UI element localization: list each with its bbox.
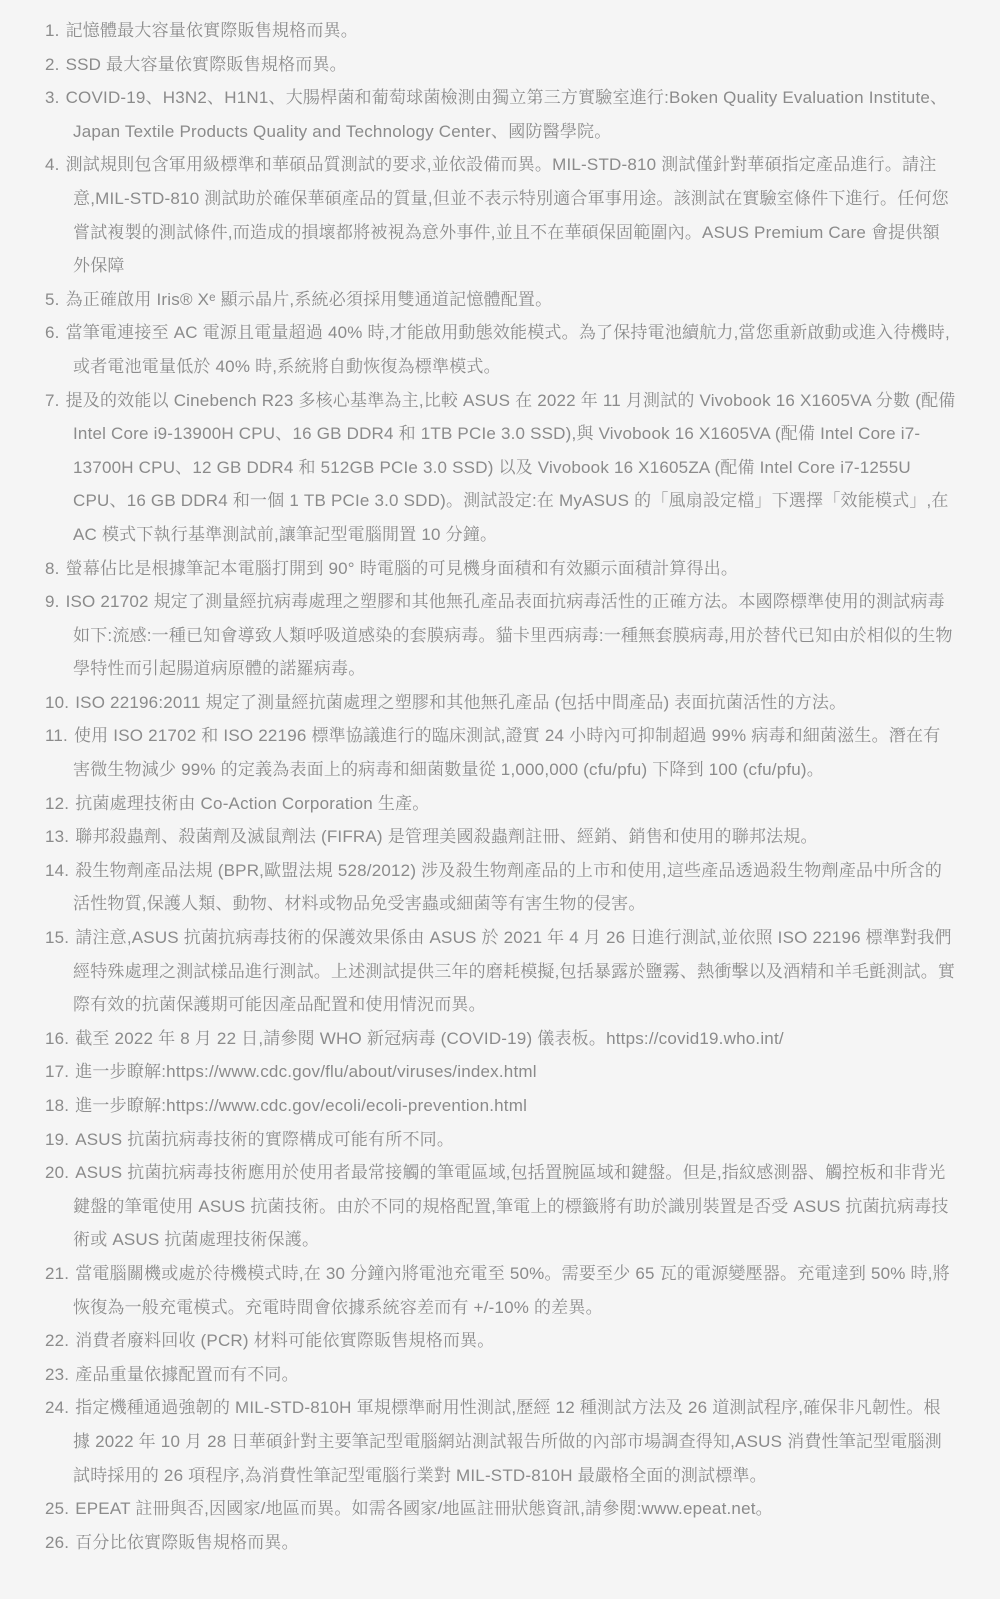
footnote-item: 4.測試規則包含軍用級標準和華碩品質測試的要求,並依設備而異。MIL-STD-8… (45, 148, 956, 282)
footnote-number: 7. (45, 391, 60, 410)
footnote-item: 17.進一步瞭解:https://www.cdc.gov/flu/about/v… (45, 1055, 956, 1089)
footnote-text: 百分比依實際販售規格而異。 (75, 1533, 299, 1552)
footnote-text: 殺生物劑產品法規 (BPR,歐盟法規 528/2012) 涉及殺生物劑產品的上市… (73, 861, 942, 914)
footnote-item: 7.提及的效能以 Cinebench R23 多核心基準為主,比較 ASUS 在… (45, 384, 956, 552)
footnote-text: 使用 ISO 21702 和 ISO 22196 標準協議進行的臨床測試,證實 … (73, 726, 940, 779)
footnote-number: 12. (45, 794, 69, 813)
footnote-item: 5.為正確啟用 Iris® Xᵉ 顯示晶片,系統必須採用雙通道記憶體配置。 (45, 283, 956, 317)
footnote-item: 15.請注意,ASUS 抗菌抗病毒技術的保護效果係由 ASUS 於 2021 年… (45, 921, 956, 1022)
footnote-number: 23. (45, 1365, 69, 1384)
footnote-item: 24.指定機種通過強韌的 MIL-STD-810H 軍規標準耐用性測試,歷經 1… (45, 1391, 956, 1492)
footnotes-page: 1.記憶體最大容量依實際販售規格而異。 2.SSD 最大容量依實際販售規格而異。… (0, 0, 1000, 1599)
footnote-text: 記憶體最大容量依實際販售規格而異。 (66, 21, 358, 40)
epeat-link[interactable]: www.epeat.net (642, 1499, 756, 1518)
footnote-item: 12.抗菌處理技術由 Co-Action Corporation 生產。 (45, 787, 956, 821)
footnote-item: 6.當筆電連接至 AC 電源且電量超過 40% 時,才能啟用動態效能模式。為了保… (45, 316, 956, 383)
footnote-number: 14. (45, 861, 69, 880)
footnote-number: 16. (45, 1029, 69, 1048)
footnote-number: 11. (45, 726, 68, 745)
footnote-number: 10. (45, 693, 69, 712)
footnote-number: 6. (45, 323, 60, 342)
footnote-text: 為正確啟用 Iris® Xᵉ 顯示晶片,系統必須採用雙通道記憶體配置。 (66, 290, 553, 309)
footnote-item: 9.ISO 21702 規定了測量經抗病毒處理之塑膠和其他無孔產品表面抗病毒活性… (45, 585, 956, 686)
footnote-text: 消費者廢料回收 (PCR) 材料可能依實際販售規格而異。 (75, 1331, 494, 1350)
footnote-text: 測試規則包含軍用級標準和華碩品質測試的要求,並依設備而異。MIL-STD-810… (66, 155, 949, 275)
footnote-text: 產品重量依據配置而有不同。 (75, 1365, 299, 1384)
footnote-text: 截至 2022 年 8 月 22 日,請參閱 WHO 新冠病毒 (COVID-1… (75, 1029, 606, 1048)
footnote-number: 9. (45, 592, 60, 611)
footnote-number: 3. (45, 88, 60, 107)
footnote-text: EPEAT 註冊與否,因國家/地區而異。如需各國家/地區註冊狀態資訊,請參閱: (75, 1499, 641, 1518)
footnote-number: 24. (45, 1398, 69, 1417)
footnote-number: 20. (45, 1163, 69, 1182)
footnote-text: 指定機種通過強韌的 MIL-STD-810H 軍規標準耐用性測試,歷經 12 種… (73, 1398, 942, 1484)
footnote-item: 10.ISO 22196:2011 規定了測量經抗菌處理之塑膠和其他無孔產品 (… (45, 686, 956, 720)
footnote-number: 18. (45, 1096, 69, 1115)
footnote-number: 21. (45, 1264, 69, 1283)
footnote-item: 19.ASUS 抗菌抗病毒技術的實際構成可能有所不同。 (45, 1123, 956, 1157)
footnote-number: 5. (45, 290, 60, 309)
footnote-text: 當電腦關機或處於待機模式時,在 30 分鐘內將電池充電至 50%。需要至少 65… (73, 1264, 950, 1317)
footnote-item: 1.記憶體最大容量依實際販售規格而異。 (45, 14, 956, 48)
footnote-item: 20.ASUS 抗菌抗病毒技術應用於使用者最常接觸的筆電區域,包括置腕區域和鍵盤… (45, 1156, 956, 1257)
footnote-text: 請注意,ASUS 抗菌抗病毒技術的保護效果係由 ASUS 於 2021 年 4 … (73, 928, 955, 1014)
footnote-number: 22. (45, 1331, 69, 1350)
footnotes-list: 1.記憶體最大容量依實際販售規格而異。 2.SSD 最大容量依實際販售規格而異。… (45, 14, 956, 1559)
footnote-text: 抗菌處理技術由 Co-Action Corporation 生產。 (75, 794, 429, 813)
footnote-number: 15. (45, 928, 69, 947)
footnote-text: SSD 最大容量依實際販售規格而異。 (66, 55, 347, 74)
footnote-text: 當筆電連接至 AC 電源且電量超過 40% 時,才能啟用動態效能模式。為了保持電… (66, 323, 950, 376)
footnote-item: 2.SSD 最大容量依實際販售規格而異。 (45, 48, 956, 82)
footnote-text: 提及的效能以 Cinebench R23 多核心基準為主,比較 ASUS 在 2… (66, 391, 956, 544)
footnote-item: 22.消費者廢料回收 (PCR) 材料可能依實際販售規格而異。 (45, 1324, 956, 1358)
footnote-number: 1. (45, 21, 60, 40)
footnote-text: 螢幕佔比是根據筆記本電腦打開到 90° 時電腦的可見機身面積和有效顯示面積計算得… (66, 559, 739, 578)
footnote-text: 聯邦殺蟲劑、殺菌劑及滅鼠劑法 (FIFRA) 是管理美國殺蟲劑註冊、經銷、銷售和… (75, 827, 817, 846)
footnote-text: COVID-19、H3N2、H1N1、大腸桿菌和葡萄球菌檢測由獨立第三方實驗室進… (66, 88, 948, 141)
footnote-number: 26. (45, 1533, 69, 1552)
footnote-number: 25. (45, 1499, 69, 1518)
footnote-text: ISO 21702 規定了測量經抗病毒處理之塑膠和其他無孔產品表面抗病毒活性的正… (66, 592, 953, 678)
cdc-flu-link[interactable]: https://www.cdc.gov/flu/about/viruses/in… (166, 1062, 537, 1081)
cdc-ecoli-link[interactable]: https://www.cdc.gov/ecoli/ecoli-preventi… (166, 1096, 527, 1115)
footnote-number: 19. (45, 1130, 69, 1149)
footnote-item: 18.進一步瞭解:https://www.cdc.gov/ecoli/ecoli… (45, 1089, 956, 1123)
footnote-item: 11.使用 ISO 21702 和 ISO 22196 標準協議進行的臨床測試,… (45, 719, 956, 786)
footnote-item: 16.截至 2022 年 8 月 22 日,請參閱 WHO 新冠病毒 (COVI… (45, 1022, 956, 1056)
footnote-number: 2. (45, 55, 60, 74)
footnote-item: 25.EPEAT 註冊與否,因國家/地區而異。如需各國家/地區註冊狀態資訊,請參… (45, 1492, 956, 1526)
footnote-item: 3.COVID-19、H3N2、H1N1、大腸桿菌和葡萄球菌檢測由獨立第三方實驗… (45, 81, 956, 148)
footnote-item: 23.產品重量依據配置而有不同。 (45, 1358, 956, 1392)
footnote-item: 13.聯邦殺蟲劑、殺菌劑及滅鼠劑法 (FIFRA) 是管理美國殺蟲劑註冊、經銷、… (45, 820, 956, 854)
footnote-number: 17. (45, 1062, 69, 1081)
footnote-item: 26.百分比依實際販售規格而異。 (45, 1526, 956, 1560)
footnote-number: 4. (45, 155, 60, 174)
footnote-text: 進一步瞭解: (75, 1062, 166, 1081)
footnote-text: 進一步瞭解: (75, 1096, 166, 1115)
footnote-number: 8. (45, 559, 60, 578)
footnote-number: 13. (45, 827, 69, 846)
footnote-text: ASUS 抗菌抗病毒技術的實際構成可能有所不同。 (75, 1130, 454, 1149)
footnote-text: ISO 22196:2011 規定了測量經抗菌處理之塑膠和其他無孔產品 (包括中… (75, 693, 846, 712)
footnote-item: 21.當電腦關機或處於待機模式時,在 30 分鐘內將電池充電至 50%。需要至少… (45, 1257, 956, 1324)
who-dashboard-link[interactable]: https://covid19.who.int/ (606, 1029, 784, 1048)
footnote-item: 8.螢幕佔比是根據筆記本電腦打開到 90° 時電腦的可見機身面積和有效顯示面積計… (45, 552, 956, 586)
footnote-text: ASUS 抗菌抗病毒技術應用於使用者最常接觸的筆電區域,包括置腕區域和鍵盤。但是… (73, 1163, 949, 1249)
footnote-item: 14.殺生物劑產品法規 (BPR,歐盟法規 528/2012) 涉及殺生物劑產品… (45, 854, 956, 921)
footnote-text-suffix: 。 (756, 1499, 773, 1518)
